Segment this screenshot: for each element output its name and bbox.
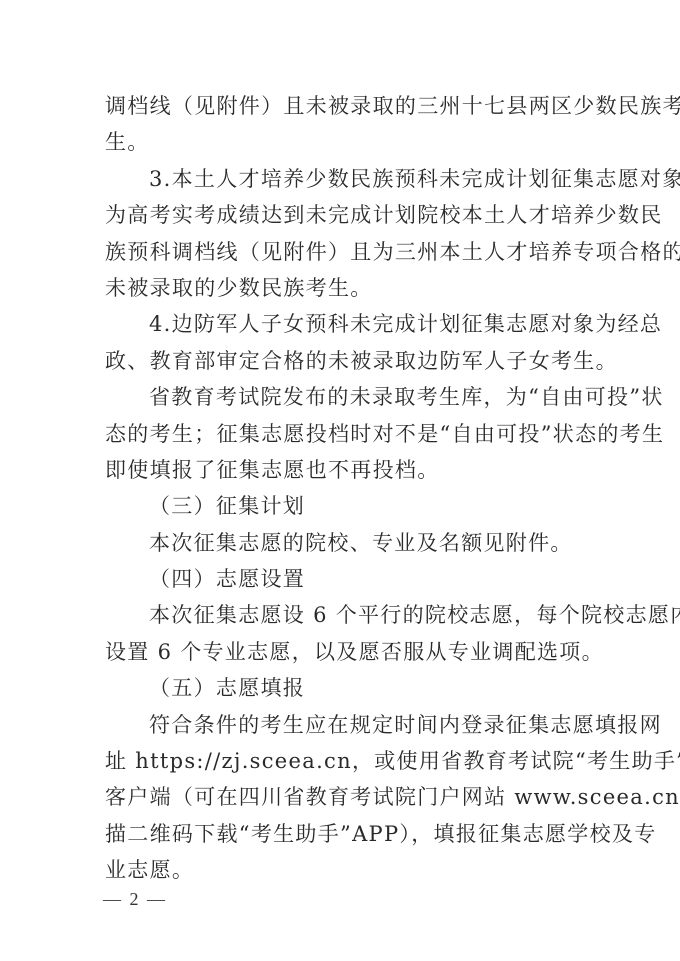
text-line: 3.本土人才培养少数民族预科未完成计划征集志愿对象 (105, 161, 579, 197)
text-line: 调档线（见附件）且未被录取的三州十七县两区少数民族考 (105, 88, 579, 124)
text-line: 设置 6 个专业志愿，以及愿否服从专业调配选项。 (105, 634, 579, 670)
text-line: 态的考生；征集志愿投档时对不是“自由可投”状态的考生 (105, 416, 579, 452)
section-heading-settings: （四）志愿设置 (105, 561, 579, 597)
text-line: 符合条件的考生应在规定时间内登录征集志愿填报网 (105, 707, 579, 743)
document-body: 调档线（见附件）且未被录取的三州十七县两区少数民族考 生。 3.本土人才培养少数… (105, 88, 579, 889)
section-heading-plan: （三）征集计划 (105, 488, 579, 524)
text-line: 生。 (105, 124, 579, 160)
text-line: 族预科调档线（见附件）且为三州本土人才培养专项合格的 (105, 234, 579, 270)
text-line: 本次征集志愿的院校、专业及名额见附件。 (105, 525, 579, 561)
text-line: 省教育考试院发布的未录取考生库，为“自由可投”状 (105, 379, 579, 415)
section-heading-filling: （五）志愿填报 (105, 670, 579, 706)
text-line: 4.边防军人子女预科未完成计划征集志愿对象为经总 (105, 306, 579, 342)
text-line: 未被录取的少数民族考生。 (105, 270, 579, 306)
text-line: 本次征集志愿设 6 个平行的院校志愿，每个院校志愿内 (105, 597, 579, 633)
text-line: 为高考实考成绩达到未完成计划院校本土人才培养少数民 (105, 197, 579, 233)
text-line: 描二维码下载“考生助手”APP），填报征集志愿学校及专 (105, 816, 579, 852)
text-line-with-url: 址 https://zj.sceea.cn，或使用省教育考试院“考生助手”手机 (105, 743, 579, 779)
page-number: — 2 — (103, 889, 167, 910)
text-line-with-url: 客户端（可在四川省教育考试院门户网站 www.sceea.cn 上扫 (105, 779, 579, 815)
text-line: 业志愿。 (105, 852, 579, 888)
text-line: 即使填报了征集志愿也不再投档。 (105, 452, 579, 488)
text-line: 政、教育部审定合格的未被录取边防军人子女考生。 (105, 343, 579, 379)
document-page: 调档线（见附件）且未被录取的三州十七县两区少数民族考 生。 3.本土人才培养少数… (0, 0, 680, 961)
